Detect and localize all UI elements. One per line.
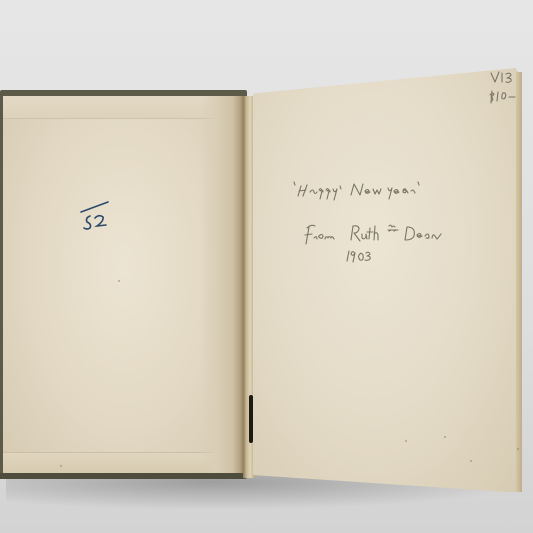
foxing-spot [118,280,120,282]
handwritten-52-icon [78,200,118,232]
cover-hinge [200,96,243,473]
handwritten-code-icon [488,70,522,106]
flyleaf-edge [516,72,522,492]
corner-price-mark: V13 $10- [488,70,522,106]
foxing-spot [60,465,62,467]
foxing-spot [444,436,446,438]
book-photo: 52 V13 $10- [0,0,533,533]
gutter-crack [249,395,253,443]
inscription-line-3: 1903 [346,248,376,264]
pastedown-number-annotation: 52 [78,200,118,232]
foxing-spot [470,460,472,462]
foxing-spot [405,440,407,442]
cover-bottom-edge [0,473,244,479]
foxing-spot [517,448,519,450]
handwritten-year-icon [346,248,376,264]
handwritten-from-ruth-and-dean-icon [303,222,463,248]
flyleaf-page [253,68,521,492]
inscription-line-2: from Ruth and Dean [303,222,463,248]
handwritten-happy-new-year-icon [293,180,423,204]
inscription-line-1: "Happy New Year" [293,180,423,204]
